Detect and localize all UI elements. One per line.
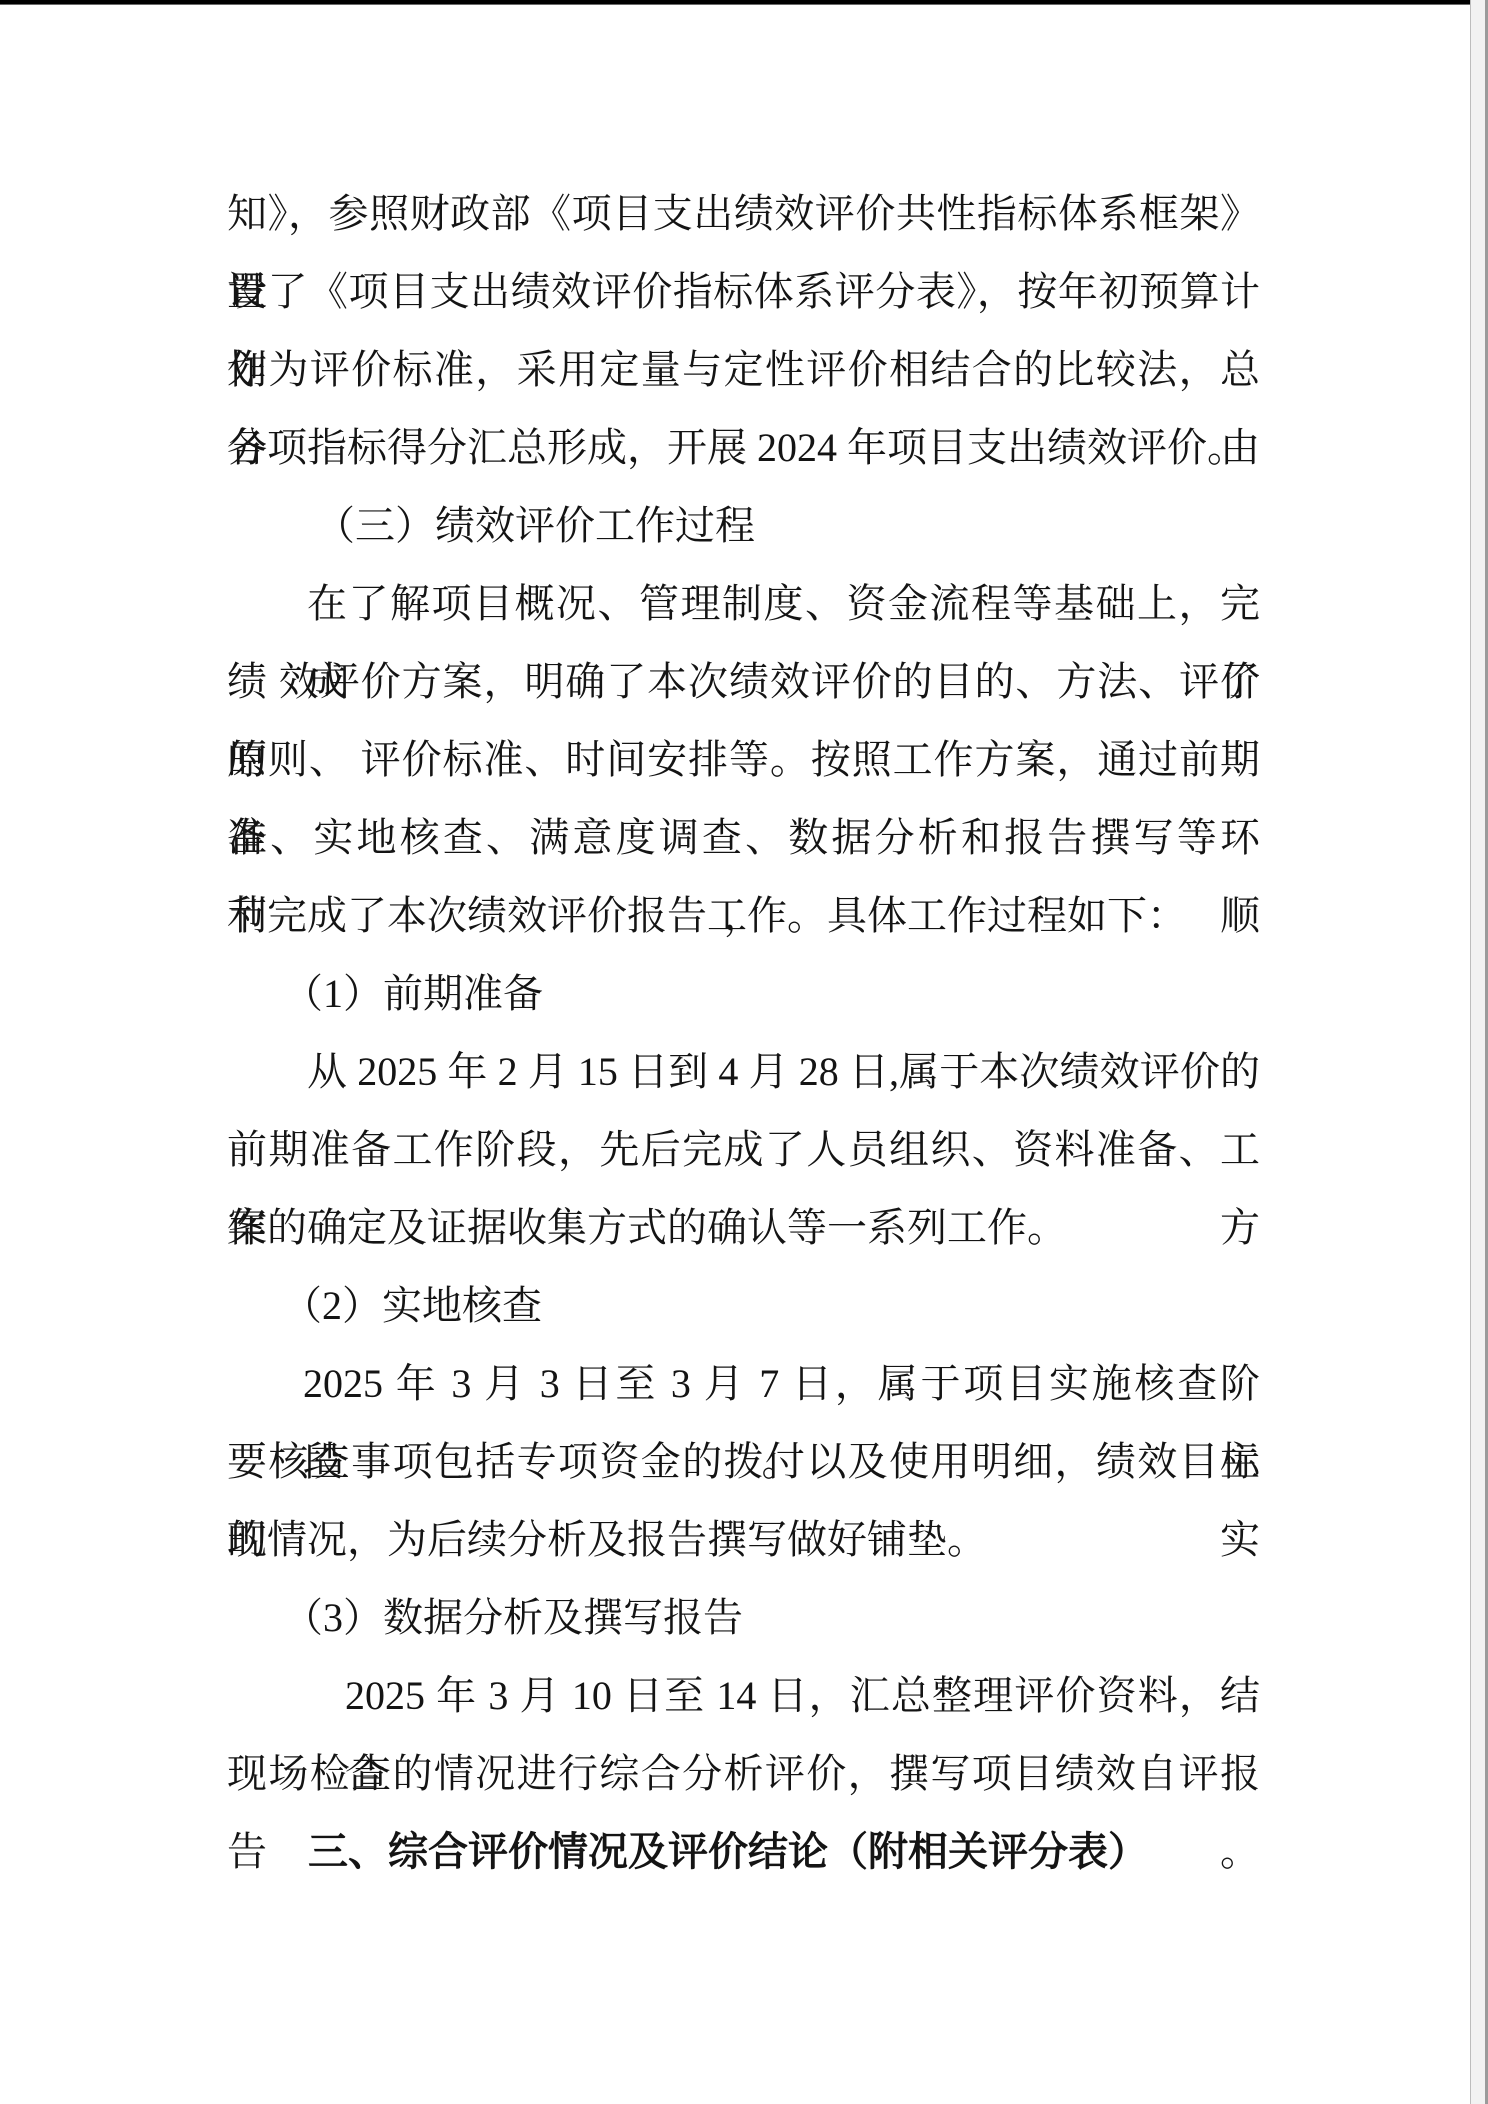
text-line: （3）数据分析及撰写报告	[227, 1579, 1260, 1657]
text-line: 知》，参照财政部《项目支出绩效评价共性指标体系框架》设	[227, 175, 1260, 253]
text-line: 置了《项目支出绩效评价指标体系评分表》，按年初预算计划	[227, 253, 1260, 331]
text-line: 要核查事项包括专项资金的拨付以及使用明细，绩效目标的实	[227, 1423, 1260, 1501]
text-line: 2025 年 3 月 10 日至 14 日，汇总整理评价资料，结合	[227, 1657, 1260, 1735]
text-line: （1）前期准备	[227, 955, 1260, 1033]
text-line: 现场检查的情况进行综合分析评价，撰写项目绩效自评报告。	[227, 1735, 1260, 1813]
text-line: 绩 效评价方案，明确了本次绩效评价的目的、方法、评价的	[227, 643, 1260, 721]
text-line: 各项指标得分汇总形成，开展 2024 年项目支出绩效评价。	[227, 409, 1260, 487]
text-line: （三）绩效评价工作过程	[227, 487, 1260, 565]
text-line: 2025 年 3 月 3 日至 3 月 7 日，属于项目实施核查阶段。主	[227, 1345, 1260, 1423]
text-line: 作为评价标准，采用定量与定性评价相结合的比较法，总分由	[227, 331, 1260, 409]
document-page: 知》，参照财政部《项目支出绩效评价共性指标体系框架》设置了《项目支出绩效评价指标…	[0, 0, 1488, 2104]
section-heading: 三、综合评价情况及评价结论（附相关评分表）	[227, 1813, 1260, 1891]
text-line: 从 2025 年 2 月 15 日到 4 月 28 日,属于本次绩效评价的	[227, 1033, 1260, 1111]
document-text-block: 知》，参照财政部《项目支出绩效评价共性指标体系框架》设置了《项目支出绩效评价指标…	[227, 175, 1260, 1891]
text-line: 备、实地核查、满意度调查、数据分析和报告撰写等环节，顺	[227, 799, 1260, 877]
scan-edge-right-band	[1471, 0, 1488, 2104]
text-line: 前期准备工作阶段，先后完成了人员组织、资料准备、工作方	[227, 1111, 1260, 1189]
text-line: 利完成了本次绩效评价报告工作。具体工作过程如下：	[227, 877, 1260, 955]
text-line: 原则、 评价标准、时间安排等。按照工作方案，通过前期准	[227, 721, 1260, 799]
text-line: （2）实地核查	[227, 1267, 1260, 1345]
scan-edge-top-shadow	[0, 4, 1488, 5]
text-line: 在了解项目概况、管理制度、资金流程等基础上，完成了	[227, 565, 1260, 643]
